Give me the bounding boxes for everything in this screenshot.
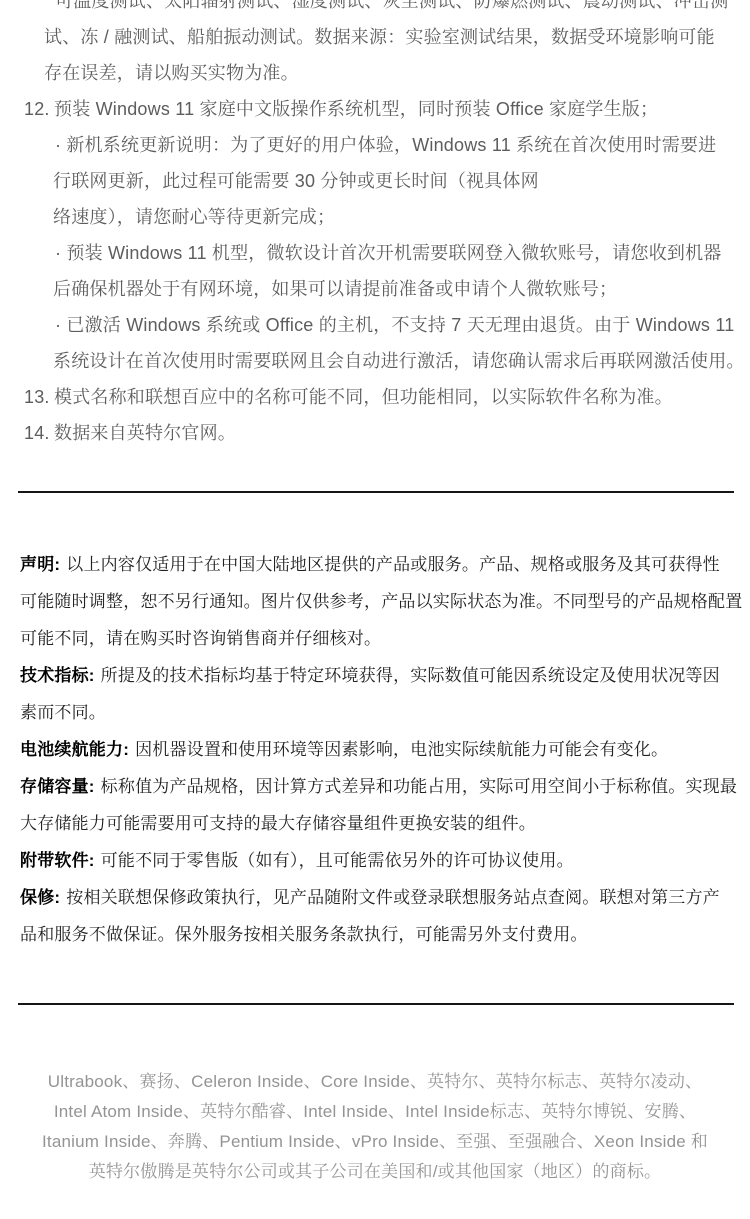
note-text: 后确保机器处于有网环境，如果可以请提前准备或申请个人微软账号； [53, 279, 617, 299]
disclaimer-label: 声明: [20, 555, 60, 574]
note-line: 存在误差，请以购买实物为准。 [0, 55, 750, 91]
disclaimer-line: 保修:按相关联想保修政策执行，见产品随附文件或登录联想服务站点查阅。联想对第三方… [0, 879, 750, 916]
disclaimer-text: 标称值为产品规格，因计算方式差异和功能占用，实际可用空间小于标称值。实现最 [101, 777, 737, 796]
page: 可温度测试、太阳辐射测试、湿度测试、灰尘测试、防爆燃测试、震动测试、冲击测 试、… [0, 0, 750, 1219]
note-text: · 新机系统更新说明：为了更好的用户体验，Windows 11 系统在首次使用时… [55, 135, 716, 155]
trademark-line: Ultrabook、赛扬、Celeron Inside、Core Inside、… [0, 1067, 750, 1097]
disclaimer-text: 可能不同于零售版（如有），且可能需依另外的许可协议使用。 [101, 851, 574, 870]
note-line-clipped: 可温度测试、太阳辐射测试、湿度测试、灰尘测试、防爆燃测试、震动测试、冲击测 [0, 0, 750, 19]
trademark-line: 英特尔傲腾是英特尔公司或其子公司在美国和/或其他国家（地区）的商标。 [0, 1157, 750, 1187]
note-text: 行联网更新，此过程可能需要 30 分钟或更长时间（视具体网 [53, 171, 539, 191]
note-item-12: 12.预装 Windows 11 家庭中文版操作系统机型，同时预装 Office… [0, 91, 750, 127]
disclaimer-label: 技术指标: [20, 666, 95, 685]
disclaimer-line: 品和服务不做保证。保外服务按相关服务条款执行，可能需另外支付费用。 [0, 916, 750, 953]
note-text: 试、冻 / 融测试、船舶振动测试。数据来源：实验室测试结果，数据受环境影响可能 [44, 27, 715, 47]
disclaimer-line: 存储容量:标称值为产品规格，因计算方式差异和功能占用，实际可用空间小于标称值。实… [0, 768, 750, 805]
disclaimer-label: 保修: [20, 888, 60, 907]
note-text: 可温度测试、太阳辐射测试、湿度测试、灰尘测试、防爆燃测试、震动测试、冲击测 [55, 0, 728, 11]
note-text: · 已激活 Windows 系统或 Office 的主机，不支持 7 天无理由退… [55, 315, 734, 335]
note-text: 存在误差，请以购买实物为准。 [44, 63, 299, 83]
note-line: 行联网更新，此过程可能需要 30 分钟或更长时间（视具体网 [0, 163, 750, 199]
note-subitem: · 新机系统更新说明：为了更好的用户体验，Windows 11 系统在首次使用时… [0, 127, 750, 163]
note-text: · 预装 Windows 11 机型，微软设计首次开机需要联网登入微软账号，请您… [55, 243, 722, 263]
disclaimer-section: 声明:以上内容仅适用于在中国大陆地区提供的产品或服务。产品、规格或服务及其可获得… [0, 546, 750, 953]
note-line: 后确保机器处于有网环境，如果可以请提前准备或申请个人微软账号； [0, 271, 750, 307]
note-text: 络速度），请您耐心等待更新完成； [53, 207, 335, 227]
disclaimer-text: 可能随时调整，恕不另行通知。图片仅供参考，产品以实际状态为准。不同型号的产品规格… [20, 592, 742, 611]
disclaimer-text: 素而不同。 [20, 703, 106, 722]
note-line: 系统设计在首次使用时需要联网且会自动进行激活，请您确认需求后再联网激活使用。 [0, 343, 750, 379]
note-text: 系统设计在首次使用时需要联网且会自动进行激活，请您确认需求后再联网激活使用。 [53, 351, 745, 371]
disclaimer-label: 附带软件: [20, 851, 95, 870]
note-text: 数据来自英特尔官网。 [54, 423, 236, 443]
list-number: 13. [24, 379, 54, 415]
note-subitem: · 预装 Windows 11 机型，微软设计首次开机需要联网登入微软账号，请您… [0, 235, 750, 271]
disclaimer-line: 技术指标:所提及的技术指标均基于特定环境获得，实际数值可能因系统设定及使用状况等… [0, 657, 750, 694]
disclaimer-text: 以上内容仅适用于在中国大陆地区提供的产品或服务。产品、规格或服务及其可获得性 [66, 555, 720, 574]
disclaimer-line: 声明:以上内容仅适用于在中国大陆地区提供的产品或服务。产品、规格或服务及其可获得… [0, 546, 750, 583]
disclaimer-line: 素而不同。 [0, 694, 750, 731]
divider [18, 1003, 734, 1005]
trademark-text: Intel Atom Inside、英特尔酷睿、Intel Inside、Int… [54, 1102, 696, 1121]
disclaimer-line: 可能随时调整，恕不另行通知。图片仅供参考，产品以实际状态为准。不同型号的产品规格… [0, 583, 750, 620]
trademark-line: Intel Atom Inside、英特尔酷睿、Intel Inside、Int… [0, 1097, 750, 1127]
disclaimer-text: 可能不同，请在购买时咨询销售商并仔细核对。 [20, 629, 381, 648]
disclaimer-line: 大存储能力可能需要用可支持的最大存储容量组件更换安装的组件。 [0, 805, 750, 842]
note-line: 络速度），请您耐心等待更新完成； [0, 199, 750, 235]
disclaimer-label: 电池续航能力: [20, 740, 129, 759]
divider [18, 491, 734, 493]
note-line: 试、冻 / 融测试、船舶振动测试。数据来源：实验室测试结果，数据受环境影响可能 [0, 19, 750, 55]
disclaimer-line: 电池续航能力:因机器设置和使用环境等因素影响，电池实际续航能力可能会有变化。 [0, 731, 750, 768]
disclaimer-text: 所提及的技术指标均基于特定环境获得，实际数值可能因系统设定及使用状况等因 [101, 666, 720, 685]
notes-section: 可温度测试、太阳辐射测试、湿度测试、灰尘测试、防爆燃测试、震动测试、冲击测 试、… [0, 0, 750, 451]
note-item-14: 14.数据来自英特尔官网。 [0, 415, 750, 451]
trademark-text: Itanium Inside、奔腾、Pentium Inside、vPro In… [42, 1132, 708, 1151]
note-text: 模式名称和联想百应中的名称可能不同，但功能相同，以实际软件名称为准。 [54, 387, 673, 407]
note-item-13: 13.模式名称和联想百应中的名称可能不同，但功能相同，以实际软件名称为准。 [0, 379, 750, 415]
note-subitem: · 已激活 Windows 系统或 Office 的主机，不支持 7 天无理由退… [0, 307, 750, 343]
disclaimer-text: 品和服务不做保证。保外服务按相关服务条款执行，可能需另外支付费用。 [20, 925, 588, 944]
list-number: 14. [24, 415, 54, 451]
disclaimer-line: 附带软件:可能不同于零售版（如有），且可能需依另外的许可协议使用。 [0, 842, 750, 879]
disclaimer-text: 大存储能力可能需要用可支持的最大存储容量组件更换安装的组件。 [20, 814, 536, 833]
trademark-text: 英特尔傲腾是英特尔公司或其子公司在美国和/或其他国家（地区）的商标。 [89, 1162, 662, 1181]
list-number: 12. [24, 91, 54, 127]
trademark-line: Itanium Inside、奔腾、Pentium Inside、vPro In… [0, 1127, 750, 1157]
disclaimer-line: 可能不同，请在购买时咨询销售商并仔细核对。 [0, 620, 750, 657]
trademark-text: Ultrabook、赛扬、Celeron Inside、Core Inside、… [48, 1072, 703, 1091]
disclaimer-text: 因机器设置和使用环境等因素影响，电池实际续航能力可能会有变化。 [135, 740, 668, 759]
disclaimer-label: 存储容量: [20, 777, 95, 796]
note-text: 预装 Windows 11 家庭中文版操作系统机型，同时预装 Office 家庭… [54, 99, 658, 119]
trademark-section: Ultrabook、赛扬、Celeron Inside、Core Inside、… [0, 1067, 750, 1187]
disclaimer-text: 按相关联想保修政策执行，见产品随附文件或登录联想服务站点查阅。联想对第三方产 [66, 888, 720, 907]
